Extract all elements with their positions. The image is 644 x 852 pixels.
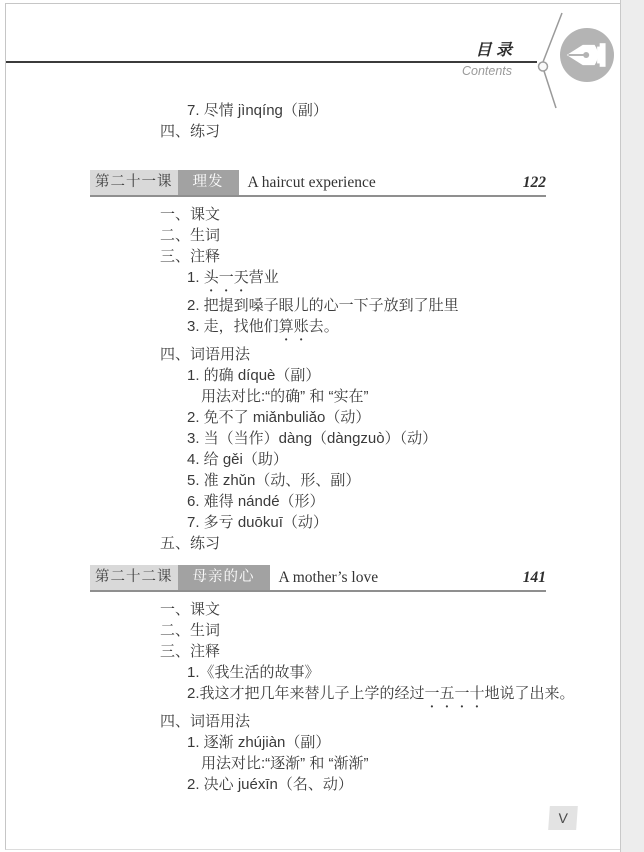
toc-line-text: 一、课文	[160, 601, 220, 618]
lesson-title-en: A mother’s love	[279, 565, 379, 590]
emphasized-text: 一五一十	[425, 685, 485, 702]
toc-line-text: 二、生词	[160, 227, 220, 244]
toc-line-text: 去。	[309, 318, 339, 335]
toc-line: 五、练习	[0, 533, 620, 554]
toc-line-text: 五、练习	[160, 535, 220, 552]
toc-line: 1. 逐渐 zhújiàn（副）	[0, 732, 620, 753]
toc-line-text: 2. 免不了 miǎnbuliǎo（动）	[187, 409, 370, 426]
toc-line-text: 7. 多亏 duōkuī（动）	[187, 514, 328, 531]
toc-line-text: 2. 把提到嗓子眼儿的心一下子放到了肚里	[187, 297, 459, 314]
toc-line-text: 三、注释	[160, 248, 220, 265]
lesson-number-label: 第二十一课	[90, 170, 178, 195]
toc-line: 2.我这才把几年来替儿子上学的经过一五一十地说了出来。	[0, 683, 620, 711]
page-number-badge: V	[548, 806, 578, 830]
lesson-21-section: 第二十一课 理发 A haircut experience 122 一、课文二、…	[0, 170, 620, 554]
toc-line-text: 1. 的确 díquè（副）	[187, 367, 320, 384]
toc-line-text: 1.	[187, 269, 204, 286]
page-title: 目 录	[420, 37, 512, 60]
toc-line: 四、词语用法	[0, 711, 620, 732]
toc-page: 目 录 Contents 7. 尽情 jìnqíng（副）四、练习 第二十一课 …	[0, 0, 644, 852]
emphasized-text: 算账	[279, 318, 309, 335]
toc-line: 3. 当（当作）dàng（dàngzuò）（动）	[0, 428, 620, 449]
header-rule	[6, 61, 537, 63]
emphasized-text: 头一天	[204, 269, 249, 286]
toc-line-text: 2.我这才把几年来替儿子上学的经过	[187, 685, 425, 702]
toc-line-text: 用法对比:“逐渐” 和 “渐渐”	[201, 755, 368, 772]
toc-line-text: 6. 难得 nándé（形）	[187, 493, 325, 510]
pen-nib-logo-icon	[560, 28, 614, 82]
toc-line: 1. 的确 díquè（副）	[0, 365, 620, 386]
lesson-page-number: 122	[523, 170, 546, 195]
toc-line: 一、课文	[0, 204, 620, 225]
toc-line: 3. 走，找他们算账去。	[0, 316, 620, 344]
toc-line: 二、生词	[0, 225, 620, 246]
toc-line-text: 四、词语用法	[160, 346, 250, 363]
scan-edge-strip	[620, 0, 644, 852]
toc-line: 2. 免不了 miǎnbuliǎo（动）	[0, 407, 620, 428]
lesson-22-section: 第二十二课 母亲的心 A mother’s love 141 一、课文二、生词三…	[0, 565, 620, 795]
toc-line: 一、课文	[0, 599, 620, 620]
toc-line: 1. 头一天营业	[0, 267, 620, 295]
lesson-toc-lines: 一、课文二、生词三、注释1. 头一天营业2. 把提到嗓子眼儿的心一下子放到了肚里…	[0, 204, 620, 554]
toc-line: 四、词语用法	[0, 344, 620, 365]
toc-line-text: 5. 准 zhǔn（动、形、副）	[187, 472, 360, 489]
toc-line: 四、练习	[0, 121, 620, 142]
toc-line: 三、注释	[0, 246, 620, 267]
toc-line-text: 1. 逐渐 zhújiàn（副）	[187, 734, 330, 751]
lesson-header: 第二十二课 母亲的心 A mother’s love 141	[90, 565, 546, 592]
toc-line-text: 4. 给 gěi（助）	[187, 451, 288, 468]
toc-line-text: 3. 当（当作）dàng（dàngzuò）（动）	[187, 430, 437, 447]
toc-line: 4. 给 gěi（助）	[0, 449, 620, 470]
toc-line: 6. 难得 nándé（形）	[0, 491, 620, 512]
toc-line: 1.《我生活的故事》	[0, 662, 620, 683]
page-subtitle: Contents	[420, 64, 512, 78]
toc-line-text: 3. 走，找他们	[187, 318, 279, 335]
lesson-page-number: 141	[523, 565, 546, 590]
toc-line: 7. 尽情 jìnqíng（副）	[0, 100, 620, 121]
toc-line: 5. 准 zhǔn（动、形、副）	[0, 470, 620, 491]
toc-line-text: 二、生词	[160, 622, 220, 639]
toc-line-text: 1.《我生活的故事》	[187, 664, 320, 681]
toc-line-text: 7. 尽情 jìnqíng（副）	[187, 102, 328, 119]
lesson-title-cn: 母亲的心	[178, 565, 270, 590]
toc-line: 用法对比:“的确” 和 “实在”	[0, 386, 620, 407]
toc-line-text: 用法对比:“的确” 和 “实在”	[201, 388, 368, 405]
toc-line: 二、生词	[0, 620, 620, 641]
toc-line-text: 地说了出来。	[485, 685, 575, 702]
lesson-title-en: A haircut experience	[248, 170, 376, 195]
toc-line: 7. 多亏 duōkuī（动）	[0, 512, 620, 533]
toc-line-text: 一、课文	[160, 206, 220, 223]
toc-line-text: 四、词语用法	[160, 713, 250, 730]
lesson-header: 第二十一课 理发 A haircut experience 122	[90, 170, 546, 197]
lesson-toc-lines: 一、课文二、生词三、注释1.《我生活的故事》2.我这才把几年来替儿子上学的经过一…	[0, 599, 620, 795]
toc-line: 用法对比:“逐渐” 和 “渐渐”	[0, 753, 620, 774]
toc-line: 2. 决心 juéxīn（名、动）	[0, 774, 620, 795]
toc-line: 三、注释	[0, 641, 620, 662]
toc-line-text: 2. 决心 juéxīn（名、动）	[187, 776, 353, 793]
toc-line: 2. 把提到嗓子眼儿的心一下子放到了肚里	[0, 295, 620, 316]
lesson-number-label: 第二十二课	[90, 565, 178, 590]
toc-intro-lines: 7. 尽情 jìnqíng（副）四、练习	[0, 100, 620, 142]
toc-line-text: 营业	[249, 269, 279, 286]
toc-line-text: 四、练习	[160, 123, 220, 140]
lesson-title-cn: 理发	[178, 170, 239, 195]
toc-line-text: 三、注释	[160, 643, 220, 660]
